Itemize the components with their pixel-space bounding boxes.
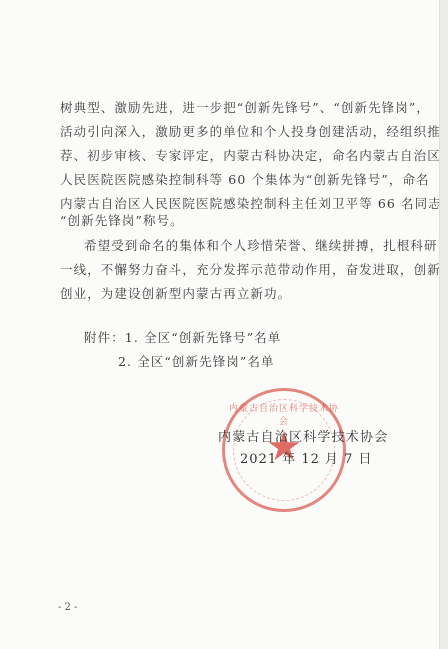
attachment-line-2: 2. 全区“创新先锋岗”名单 (118, 352, 275, 370)
attachment-line-1: 附件：1. 全区“创新先锋号”名单 (84, 328, 281, 346)
body-line-1: 树典型、激励先进，进一步把“创新先锋号”、“创新先锋岗”， (60, 98, 430, 116)
signature-organization: 内蒙古自治区科学技术协会 (218, 426, 388, 445)
paragraph2-line-2: 一线，不懈努力奋斗，充分发挥示范带动作用，奋发进取，创新 (60, 260, 441, 278)
paragraph2-line-1: 希望受到命名的集体和个人珍惜荣誉、继续拼搏，扎根科研 (84, 236, 438, 254)
page-number: - 2 - (58, 602, 77, 613)
document-page: 树典型、激励先进，进一步把“创新先锋号”、“创新先锋岗”， 活动引向深入，激励更… (0, 0, 440, 649)
body-line-3: 荐、初步审核、专家评定，内蒙古科协决定，命名内蒙古自治区 (60, 146, 441, 164)
page-edge (439, 0, 448, 649)
paragraph2-line-3: 创业，为建设创新型内蒙古再立新功。 (60, 284, 291, 302)
signature-date: 2021 年 12 月 7 日 (240, 448, 373, 467)
body-line-5: 内蒙古自治区人民医院医院感染控制科主任刘卫平等 66 名同志 (60, 194, 442, 212)
body-line-2: 活动引向深入，激励更多的单位和个人投身创建活动，经组织推 (60, 122, 441, 140)
body-line-6: “创新先锋岗”称号。 (60, 211, 184, 229)
body-line-4: 人民医院医院感染控制科等 60 个集体为“创新先锋号”，命名 (60, 170, 430, 188)
